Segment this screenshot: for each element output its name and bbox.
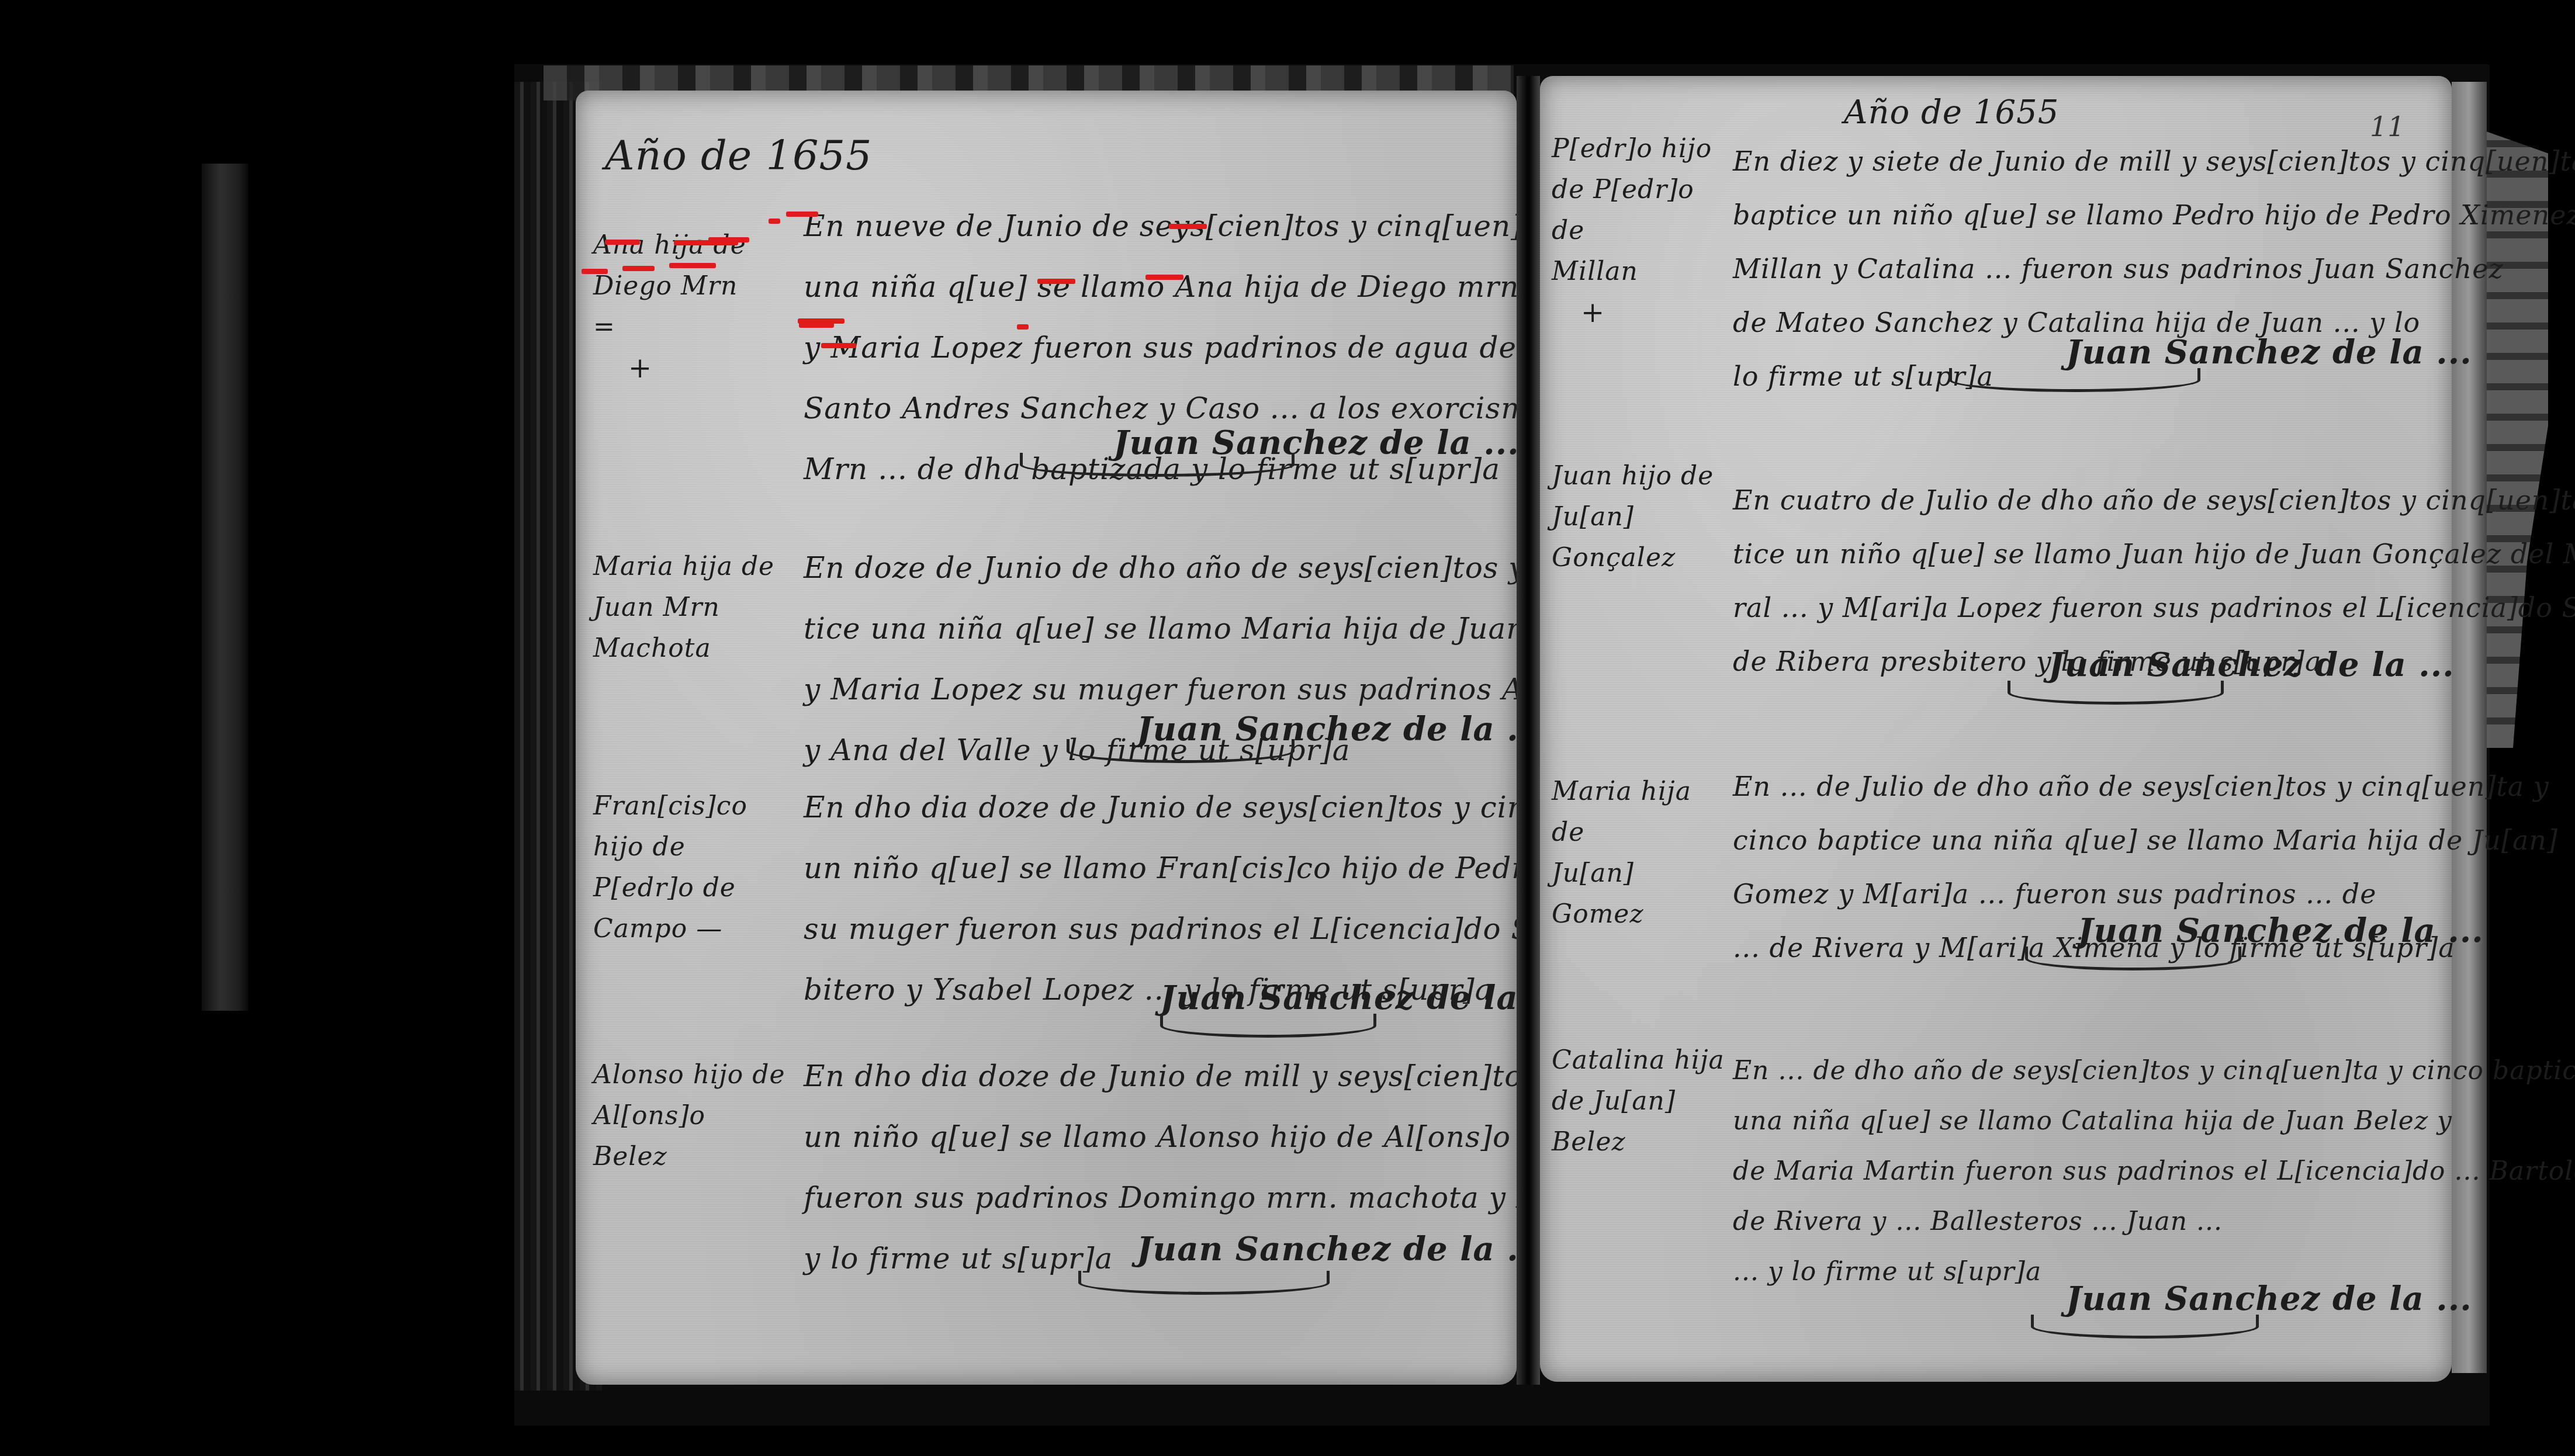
left-page: Año de 1655 Ana hija de Diego Mrn = + En… bbox=[576, 91, 1517, 1385]
margin-note: Juan hijo de Ju[an] Gonçalez bbox=[1552, 456, 1727, 578]
priest-signature: Juan Sanchez de la ... bbox=[1137, 1230, 1543, 1268]
right-page: Año de 1655 11 P[edr]o hijo de P[edr]o d… bbox=[1540, 76, 2452, 1382]
priest-signature: Juan Sanchez de la ... bbox=[1160, 979, 1566, 1017]
red-underline bbox=[708, 237, 749, 242]
red-underline bbox=[669, 263, 716, 268]
entry-text: En ... de dho año de seys[cien]tos y cin… bbox=[1733, 1046, 2575, 1297]
priest-signature: Juan Sanchez de la ... bbox=[2048, 646, 2455, 684]
red-underline bbox=[1037, 279, 1075, 284]
signature-flourish bbox=[2008, 681, 2224, 705]
margin-note: Catalina hija de Ju[an] Belez bbox=[1552, 1040, 1727, 1163]
signature-flourish bbox=[2031, 1315, 2259, 1339]
margin-note: Ana hija de Diego Mrn = + bbox=[593, 225, 769, 389]
margin-note: Maria hija de Juan Mrn Machota bbox=[593, 546, 786, 669]
page-heading: Año de 1655 bbox=[1844, 93, 2059, 131]
margin-note: Fran[cis]co hijo de P[edr]o de Campo — bbox=[593, 786, 786, 949]
book-gutter bbox=[1517, 76, 1540, 1385]
red-underline bbox=[799, 323, 834, 328]
red-underline bbox=[1145, 275, 1183, 280]
margin-note: Alonso hijo de Al[ons]o Belez bbox=[593, 1055, 786, 1177]
margin-note: P[edr]o hijo de P[edr]o de Millan + bbox=[1552, 129, 1727, 333]
signature-flourish bbox=[1078, 1271, 1330, 1295]
book-cover-shadow bbox=[202, 164, 248, 1011]
margin-note: Maria hija de Ju[an] Gomez bbox=[1552, 771, 1727, 935]
priest-signature: Juan Sanchez de la ... bbox=[2066, 1280, 2472, 1318]
page-heading: Año de 1655 bbox=[605, 131, 873, 179]
red-underline bbox=[622, 266, 655, 271]
priest-signature: Juan Sanchez de la ... bbox=[2078, 911, 2484, 950]
red-underline bbox=[821, 343, 856, 348]
red-underline bbox=[582, 269, 608, 274]
signature-flourish bbox=[1949, 368, 2200, 392]
red-underline bbox=[786, 212, 818, 217]
priest-signature: Juan Sanchez de la ... bbox=[2066, 333, 2472, 372]
signature-flourish bbox=[2025, 947, 2241, 970]
cross-mark: + bbox=[593, 348, 769, 389]
red-underline bbox=[769, 219, 780, 224]
cross-mark: + bbox=[1552, 292, 1727, 333]
signature-flourish bbox=[1020, 453, 1295, 477]
red-underline bbox=[1017, 324, 1029, 330]
red-underline bbox=[605, 240, 640, 245]
signature-flourish bbox=[1160, 1014, 1376, 1038]
red-underline bbox=[1169, 224, 1207, 229]
signature-flourish bbox=[1067, 739, 1295, 763]
